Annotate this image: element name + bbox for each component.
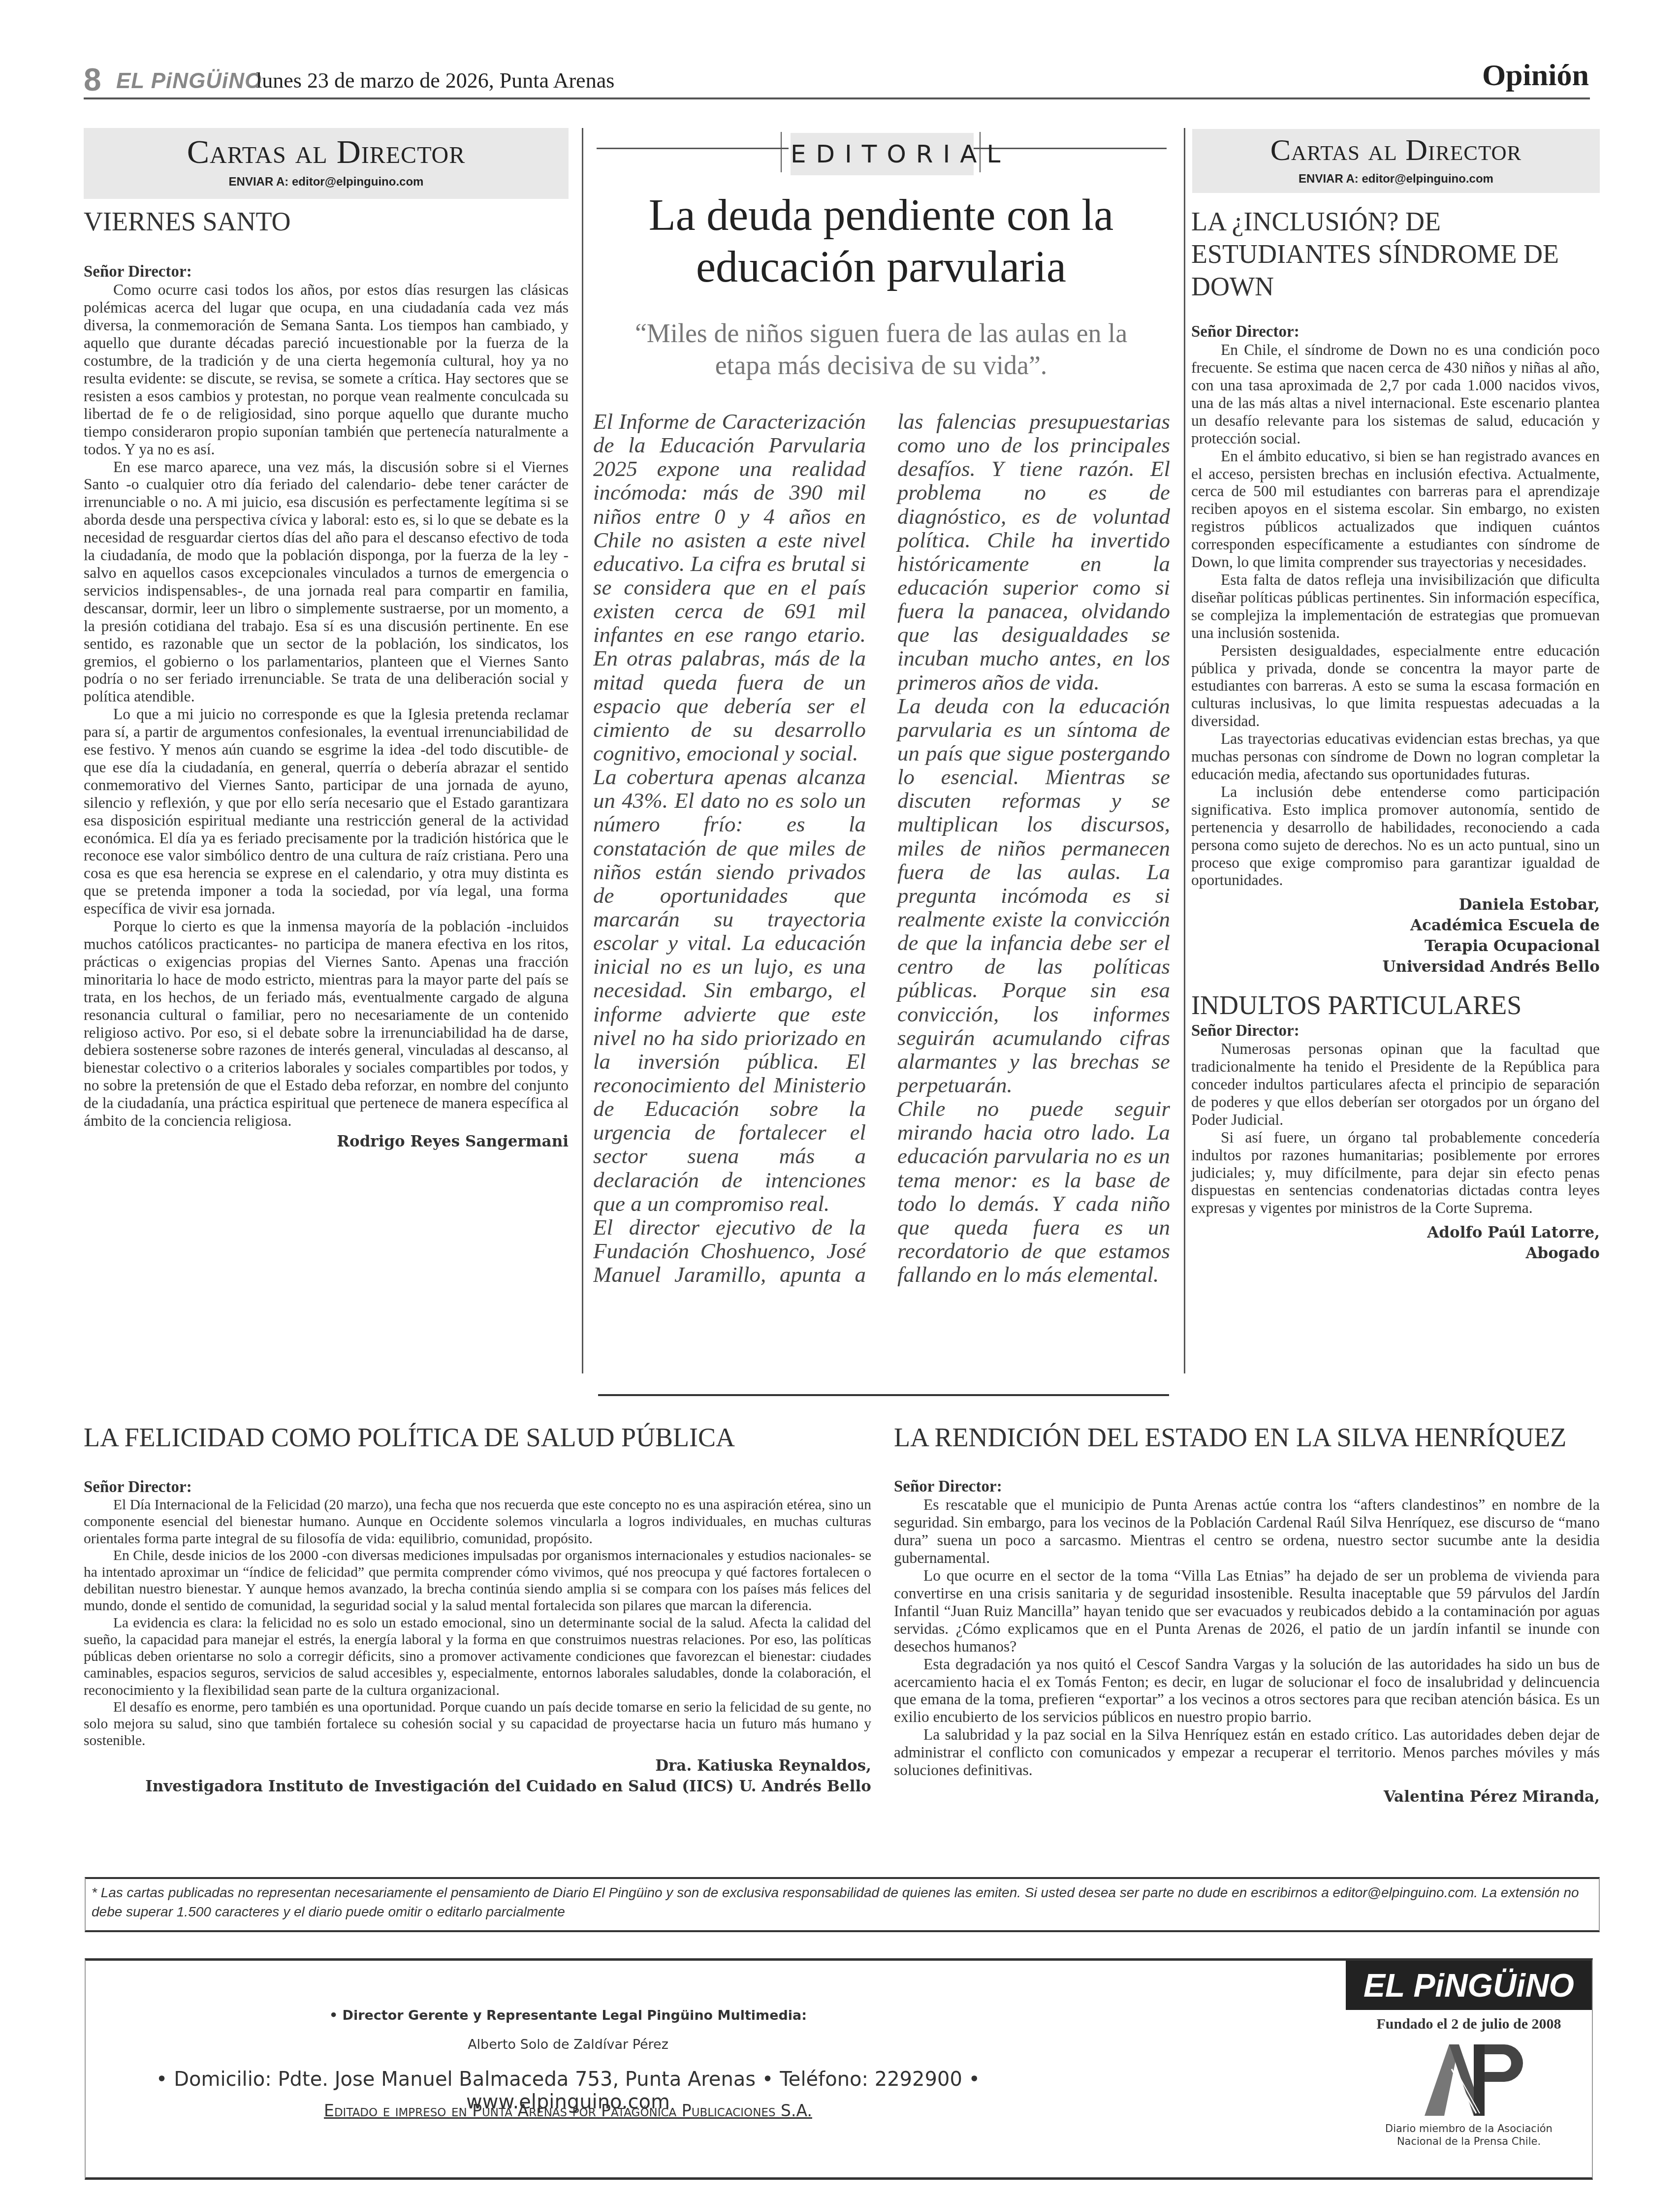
editorial-paragraph: Chile no puede seguir mirando hacia otro… <box>897 1097 1170 1286</box>
editorial-bottom-rule <box>598 1394 1169 1396</box>
letter-silva-henriquez: LA RENDICIÓN DEL ESTADO EN LA SILVA HENR… <box>894 1422 1600 1808</box>
paragraph: Es rescatable que el municipio de Punta … <box>894 1496 1600 1567</box>
editorial-paragraph: La cobertura apenas alcanza un 43%. El d… <box>593 765 866 1215</box>
paragraph: El desafío es enorme, pero también es un… <box>84 1699 871 1750</box>
editorial-bracket-left <box>781 132 787 172</box>
paragraph: En Chile, desde inicios de los 2000 -con… <box>84 1547 871 1615</box>
letter-inclusion: LA ¿INCLUSIÓN? DE ESTUDIANTES SÍNDROME D… <box>1191 206 1600 1264</box>
cartas-title: Cartas al Director <box>1192 135 1600 165</box>
column-divider <box>582 128 583 1373</box>
signature: Valentina Pérez Miranda, <box>894 1787 1600 1808</box>
letter-headline: LA ¿INCLUSIÓN? DE ESTUDIANTES SÍNDROME D… <box>1191 206 1575 303</box>
letter-headline: VIERNES SANTO <box>84 206 569 238</box>
salutation: Señor Director: <box>894 1478 1600 1497</box>
dateline: lunes 23 de marzo de 2026, Punta Arenas <box>256 68 614 93</box>
letter-headline: LA RENDICIÓN DEL ESTADO EN LA SILVA HENR… <box>894 1422 1600 1454</box>
section-title: Opinión <box>1482 58 1589 93</box>
salutation: Señor Director: <box>84 1478 871 1497</box>
column-divider <box>1184 128 1185 1373</box>
signature: Dra. Katiuska Reynaldos, Investigadora I… <box>84 1756 871 1797</box>
footer-director-name: Alberto Solo de Zaldívar Pérez <box>86 2037 1050 2052</box>
editorial-pull-quote: “Miles de niños siguen fuera de las aula… <box>605 318 1157 382</box>
paragraph: Persisten desigualdades, especialmente e… <box>1191 642 1600 731</box>
footer-director-label: • Director Gerente y Representante Legal… <box>86 2008 1050 2023</box>
salutation: Señor Director: <box>1191 323 1600 342</box>
editorial-label: EDITORIAL <box>791 140 1010 168</box>
paragraph: Como ocurre casi todos los años, por est… <box>84 281 569 458</box>
footer-logo: EL PiNGÜiNO <box>1346 1961 1592 2010</box>
disclaimer-box: * Las cartas publicadas no representan n… <box>85 1877 1600 1932</box>
paragraph: Si así fuere, un órgano tal probablement… <box>1191 1129 1600 1217</box>
paragraph: Numerosas personas opinan que la faculta… <box>1191 1040 1600 1129</box>
editorial-label-box: EDITORIAL <box>791 133 974 175</box>
footer-printed-by: Editado e impreso en Punta Arenas por Pa… <box>86 2101 1050 2120</box>
page-number: 8 <box>84 62 101 98</box>
cartas-header-right: Cartas al Director ENVIAR A: editor@elpi… <box>1192 129 1600 193</box>
letter-headline: INDULTOS PARTICULARES <box>1191 989 1600 1022</box>
letter-headline: LA FELICIDAD COMO POLÍTICA DE SALUD PÚBL… <box>84 1422 871 1454</box>
letter-viernes-santo: VIERNES SANTO Señor Director: Como ocurr… <box>84 206 569 1152</box>
paragraph: En ese marco aparece, una vez más, la di… <box>84 458 569 706</box>
salutation: Señor Director: <box>84 263 569 282</box>
paragraph: La inclusión debe entenderse como partic… <box>1191 783 1600 889</box>
editorial-paragraph: El Informe de Caracterización de la Educ… <box>593 410 866 765</box>
paragraph: Lo que a mi juicio no corresponde es que… <box>84 705 569 918</box>
paragraph: La salubridad y la paz social en la Silv… <box>894 1726 1600 1779</box>
paragraph: La evidencia es clara: la felicidad no e… <box>84 1615 871 1699</box>
disclaimer-text: * Las cartas publicadas no representan n… <box>92 1883 1593 1921</box>
signature: Daniela Estobar, Académica Escuela de Te… <box>1191 895 1600 977</box>
paragraph: Las trayectorias educativas evidencian e… <box>1191 730 1600 783</box>
salutation: Señor Director: <box>1191 1022 1600 1041</box>
paragraph: Esta degradación ya nos quitó el Cescof … <box>894 1656 1600 1726</box>
editorial-title: La deuda pendiente con la educación parv… <box>605 190 1157 293</box>
paragraph: En el ámbito educativo, si bien se han r… <box>1191 447 1600 571</box>
cartas-email[interactable]: ENVIAR A: editor@elpinguino.com <box>84 175 569 189</box>
cartas-email[interactable]: ENVIAR A: editor@elpinguino.com <box>1192 172 1600 186</box>
editorial-body: El Informe de Caracterización de la Educ… <box>593 410 1170 1377</box>
anp-logo-icon <box>1415 2039 1528 2118</box>
paragraph: En Chile, el síndrome de Down no es una … <box>1191 341 1600 447</box>
anp-caption: Diario miembro de la Asociación Nacional… <box>1385 2122 1553 2148</box>
paragraph: Lo que ocurre en el sector de la toma “V… <box>894 1567 1600 1656</box>
newspaper-logo: EL PiNGÜiNO <box>116 69 262 94</box>
editorial-paragraph: La deuda con la educación parvularia es … <box>897 694 1170 1097</box>
signature: Adolfo Paúl Latorre, Abogado <box>1191 1223 1600 1264</box>
paragraph: Esta falta de datos refleja una invisibi… <box>1191 571 1600 642</box>
footer-box: • Director Gerente y Representante Legal… <box>85 1958 1593 2180</box>
letter-felicidad: LA FELICIDAD COMO POLÍTICA DE SALUD PÚBL… <box>84 1422 871 1797</box>
paragraph: El Día Internacional de la Felicidad (20… <box>84 1497 871 1547</box>
signature: Rodrigo Reyes Sangermani <box>84 1132 569 1152</box>
footer-founded: Fundado el 2 de julio de 2008 <box>1346 2016 1592 2033</box>
cartas-title: Cartas al Director <box>84 135 569 168</box>
paragraph: Porque lo cierto es que la inmensa mayor… <box>84 918 569 1130</box>
cartas-header-left: Cartas al Director ENVIAR A: editor@elpi… <box>84 128 569 199</box>
